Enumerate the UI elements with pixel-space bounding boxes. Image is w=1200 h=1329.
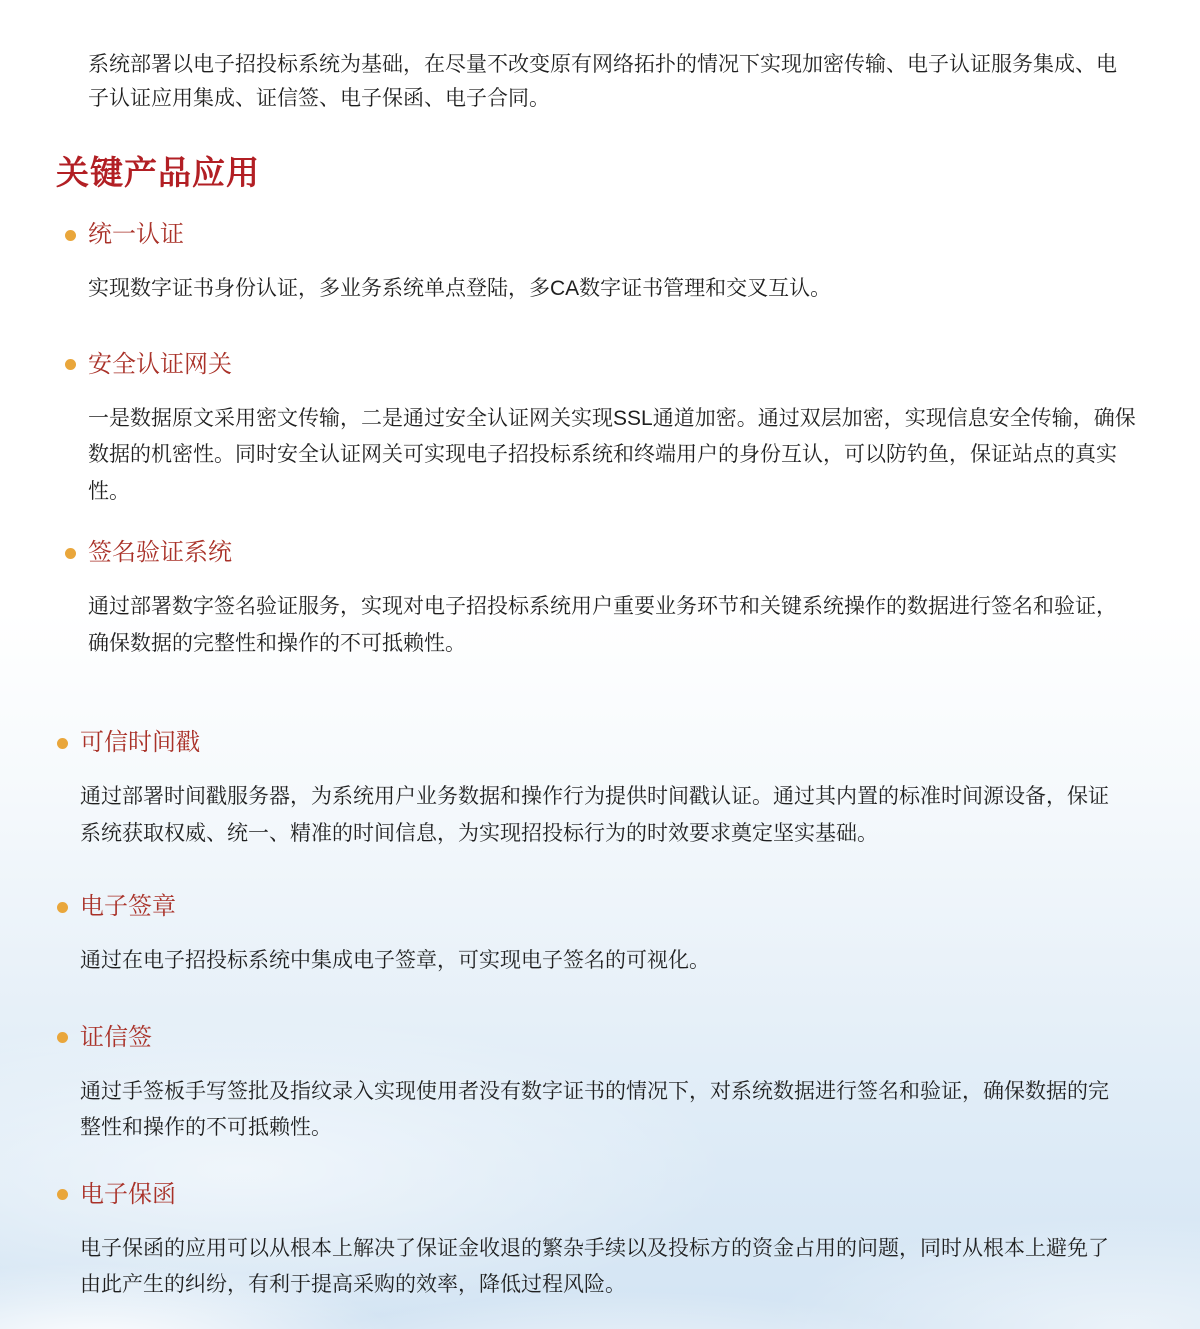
section-electronic-guarantee: 电子保函 电子保函的应用可以从根本上解决了保证金收退的繁杂手续以及投标方的资金占… bbox=[57, 1180, 1200, 1304]
bullet-dot-icon bbox=[57, 1032, 68, 1043]
section-body: 电子保函的应用可以从根本上解决了保证金收退的繁杂手续以及投标方的资金占用的问题，… bbox=[80, 1231, 1128, 1304]
bullet-dot-icon bbox=[57, 902, 68, 913]
section-title: 证信签 bbox=[80, 1023, 152, 1053]
section-title-row: 证信签 bbox=[57, 1023, 1200, 1053]
section-title-row: 签名验证系统 bbox=[65, 538, 1200, 568]
section-title: 签名验证系统 bbox=[88, 538, 232, 568]
section-body: 通过部署数字签名验证服务，实现对电子招投标系统用户重要业务环节和关键系统操作的数… bbox=[88, 589, 1136, 662]
section-body: 实现数字证书身份认证，多业务系统单点登陆，多CA数字证书管理和交叉互认。 bbox=[88, 271, 1136, 308]
section-body: 通过手签板手写签批及指纹录入实现使用者没有数字证书的情况下，对系统数据进行签名和… bbox=[80, 1074, 1128, 1147]
bullet-dot-icon bbox=[57, 738, 68, 749]
section-title: 电子签章 bbox=[80, 892, 176, 922]
bullet-dot-icon bbox=[65, 548, 76, 559]
section-title-row: 可信时间戳 bbox=[57, 728, 1200, 758]
section-title-row: 电子保函 bbox=[57, 1180, 1200, 1210]
section-signature-verification-system: 签名验证系统 通过部署数字签名验证服务，实现对电子招投标系统用户重要业务环节和关… bbox=[65, 538, 1200, 662]
section-title: 统一认证 bbox=[88, 220, 184, 250]
section-body: 通过部署时间戳服务器，为系统用户业务数据和操作行为提供时间戳认证。通过其内置的标… bbox=[80, 779, 1128, 852]
section-title: 可信时间戳 bbox=[80, 728, 200, 758]
section-security-auth-gateway: 安全认证网关 一是数据原文采用密文传输，二是通过安全认证网关实现SSL通道加密。… bbox=[65, 350, 1200, 511]
section-certificate-sign: 证信签 通过手签板手写签批及指纹录入实现使用者没有数字证书的情况下，对系统数据进… bbox=[57, 1023, 1200, 1147]
intro-paragraph: 系统部署以电子招投标系统为基础，在尽量不改变原有网络拓扑的情况下实现加密传输、电… bbox=[88, 48, 1136, 116]
page-heading: 关键产品应用 bbox=[56, 155, 1200, 191]
bullet-dot-icon bbox=[65, 230, 76, 241]
section-title-row: 统一认证 bbox=[65, 220, 1200, 250]
section-trusted-timestamp: 可信时间戳 通过部署时间戳服务器，为系统用户业务数据和操作行为提供时间戳认证。通… bbox=[57, 728, 1200, 852]
section-unified-authentication: 统一认证 实现数字证书身份认证，多业务系统单点登陆，多CA数字证书管理和交叉互认… bbox=[65, 220, 1200, 308]
section-title-row: 安全认证网关 bbox=[65, 350, 1200, 380]
section-title: 电子保函 bbox=[80, 1180, 176, 1210]
bullet-dot-icon bbox=[57, 1189, 68, 1200]
section-body: 一是数据原文采用密文传输，二是通过安全认证网关实现SSL通道加密。通过双层加密，… bbox=[88, 401, 1136, 511]
section-body: 通过在电子招投标系统中集成电子签章，可实现电子签名的可视化。 bbox=[80, 943, 1128, 980]
section-title: 安全认证网关 bbox=[88, 350, 232, 380]
section-title-row: 电子签章 bbox=[57, 892, 1200, 922]
section-electronic-seal: 电子签章 通过在电子招投标系统中集成电子签章，可实现电子签名的可视化。 bbox=[57, 892, 1200, 980]
bullet-dot-icon bbox=[65, 359, 76, 370]
page: 系统部署以电子招投标系统为基础，在尽量不改变原有网络拓扑的情况下实现加密传输、电… bbox=[0, 0, 1200, 1329]
